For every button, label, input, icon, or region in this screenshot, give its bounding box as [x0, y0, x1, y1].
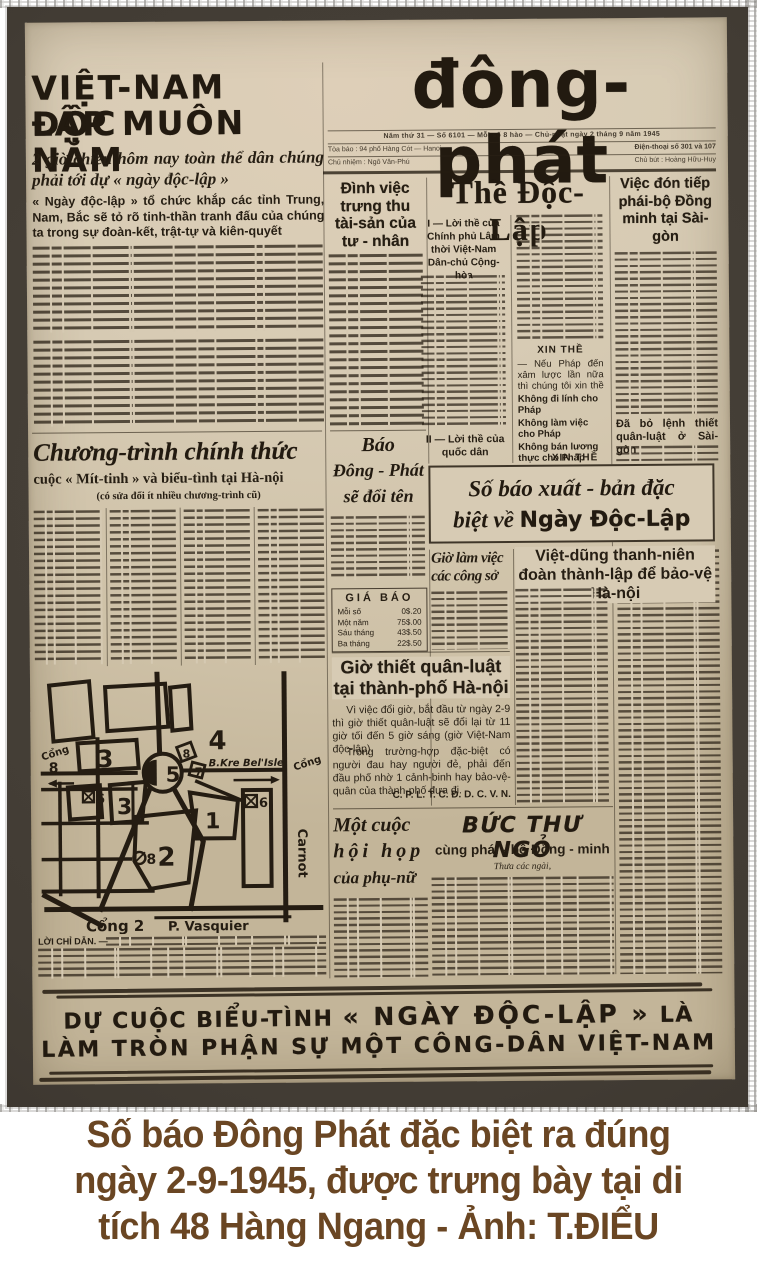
open-letter-salutation: Thưa các ngài, [431, 861, 613, 872]
photo-caption: Số báo Đông Phát đặc biệt ra đúng ngày 2… [19, 1112, 738, 1250]
text-block [258, 508, 325, 663]
price-label: Sáu tháng [338, 628, 375, 639]
text-block [432, 876, 615, 975]
map-number: 3 [117, 795, 133, 820]
map-street-carnot: Carnot [294, 829, 309, 878]
text-block [33, 244, 324, 332]
text-block [331, 516, 425, 581]
rename-line1: Báo [330, 434, 426, 458]
price-label: Ba tháng [338, 639, 370, 650]
program-headline: Chương-trình chính thức [33, 436, 323, 468]
map-number: 8 [183, 747, 191, 760]
map-number: 4 [208, 726, 226, 756]
section-rule [332, 651, 510, 653]
map-number: 8 [146, 852, 156, 868]
map-number: 5 [166, 763, 181, 787]
special-issue-line2-bold: Ngày Độc-Lập [520, 507, 691, 533]
text-block [38, 946, 326, 978]
masthead-address: Tòa báo : 94 phố Hàng Cót — Hanoi [328, 146, 442, 154]
screenshot-stage: VIỆT-NAM ĐỘC LẬP MUÔN NĂM 2 giờ chiều hô… [0, 0, 757, 1270]
column-rule [254, 507, 256, 665]
reception-headline: Việc đón tiếp phái-bộ Đồng minh tại Sài-… [614, 175, 717, 246]
price-label: Mỗi số [337, 607, 361, 618]
women-headline-line2: hội họp [333, 840, 429, 864]
section-rule [32, 430, 322, 433]
meeting-map: 3 3 4 5 1 2 6 6 7 8 8 Cổng 8 Cổng 2 Cổng… [38, 670, 324, 934]
map-number: 7 [195, 765, 203, 778]
price-label: Một năm [338, 618, 369, 629]
bottom-banner: DỰ CUỘC BIỂU-TÌNH « NGÀY ĐỘC-LẬP » LÀ LÀ… [38, 982, 719, 1084]
oath-pledge-item: Không đi lính cho Pháp [518, 393, 604, 416]
column-rule [106, 508, 108, 666]
price-row: Mỗi số0$.20 [337, 607, 421, 618]
program-note: (có sửa đổi ít nhiều chương-trình cũ) [34, 489, 324, 502]
text-block [184, 509, 251, 664]
oath-xin-the-1: XIN THỀ [517, 344, 603, 356]
column-rule [510, 215, 513, 463]
rename-line3: sẽ đổi tên [330, 486, 426, 508]
women-headline-line1: Một cuộc [333, 814, 429, 838]
special-issue-box: Số báo xuất - bản đặc biệt về Ngày Độc-L… [428, 463, 715, 543]
text-block [421, 275, 506, 428]
work-hours-headline: Giờ làm việc các công sở [431, 549, 509, 586]
price-row: Sáu tháng43$.50 [338, 628, 422, 639]
special-issue-line1: Số báo xuất - bản đặc [430, 472, 712, 504]
map-street-belisle: B.Kre Bel'Isle [209, 758, 284, 770]
map-legend-lead: LỜI CHỈ DẪN. — [38, 936, 108, 947]
map-gate8-number: 8 [49, 761, 59, 777]
section-rule [330, 430, 426, 432]
special-issue-line2-serif: biệt về [453, 507, 520, 533]
price-value: 22$.50 [397, 638, 422, 649]
masthead-director: Chủ nhiệm : Ngô Văn-Phú [328, 159, 410, 167]
text-block [617, 549, 722, 974]
lead-subhead: 2 giờ chiều hôm nay toàn thể dân chúng p… [32, 146, 324, 190]
map-gate2-label: Cổng 2 [86, 916, 145, 935]
women-headline-line3: của phụ-nữ [333, 868, 429, 889]
caption-line1: Số báo Đông Phát đặc biệt ra đúng [19, 1112, 738, 1158]
text-block [106, 935, 326, 946]
oath-part2-heading: II — Lời thề của quốc dân [422, 433, 508, 460]
lead-deck: « Ngày độc-lập » tổ chức khắp các tỉnh T… [32, 192, 324, 241]
masthead-phone: Điện-thoại số 301 và 107 [634, 143, 715, 151]
map-number: 6 [96, 792, 105, 807]
oath-part1-heading: I — Lời thề của Chính phủ Lâm thời Việt-… [420, 217, 507, 283]
price-value: 75$.00 [397, 617, 422, 628]
text-block [431, 591, 509, 650]
curfew-headline-line2: tại thành-phố Hà-nội [332, 677, 510, 699]
text-block [33, 338, 324, 426]
suspend-headline: Đình việc trưng thu tài-sản của tư - nhâ… [328, 180, 423, 251]
banner-line1c: LÀ [650, 1002, 693, 1027]
section-rule [333, 806, 613, 809]
oath-xin-the-2: XIN THỀ [518, 452, 598, 464]
program-subhead: cuộc « Mít-tinh » và biểu-tình tại Hà-nộ… [33, 469, 323, 488]
curfew-signature: C. P. L. T. C. Đ. D. C. V. N. [333, 789, 511, 801]
newspaper-photo: VIỆT-NAM ĐỘC LẬP MUÔN NĂM 2 giờ chiều hô… [7, 7, 748, 1107]
map-gate-right-label: Cổng [292, 752, 323, 773]
text-block [334, 898, 429, 979]
masthead-editor: Chủ bút : Hoàng Hữu-Huy [635, 156, 716, 164]
map-number: 2 [157, 843, 175, 873]
caption-line3: tích 48 Hàng Ngang - Ảnh: T.ĐIỂU [19, 1204, 738, 1250]
banner-line2: LÀM TRÒN PHẬN SỰ MỘT CÔNG-DÂN VIỆT-NAM [39, 1030, 719, 1063]
text-block [515, 588, 609, 803]
column-rule [180, 508, 182, 666]
price-value: 43$.50 [397, 628, 422, 639]
text-block [329, 254, 424, 427]
text-block [110, 510, 177, 665]
curfew-headline-line1: Giờ thiết quân-luật [332, 656, 510, 678]
newspaper-page: VIỆT-NAM ĐỘC LẬP MUÔN NĂM 2 giờ chiều hô… [25, 17, 735, 1084]
map-number: 6 [259, 796, 268, 811]
price-row: Một năm75$.00 [338, 617, 422, 628]
map-number: 3 [97, 745, 114, 773]
oath-pledge-item: Không làm việc cho Pháp [518, 417, 604, 440]
price-row: Ba tháng22$.50 [338, 638, 422, 649]
map-number: 1 [205, 809, 221, 834]
text-block [615, 251, 718, 414]
price-box: GIÁ BÁO Mỗi số0$.20 Một năm75$.00 Sáu th… [331, 588, 427, 653]
caption-line2: ngày 2-9-1945, được trưng bày tại di [19, 1158, 738, 1204]
open-letter-subhead: cùng phái - bộ Đồng - minh [431, 841, 613, 857]
price-value: 0$.20 [401, 607, 421, 618]
text-block [616, 445, 718, 462]
map-street-vasquier: P. Vasquier [168, 919, 249, 935]
special-issue-line2: biệt về Ngày Độc-Lập [431, 502, 713, 539]
text-block [34, 510, 103, 665]
banner-line1a: DỰ CUỘC BIỂU-TÌNH [63, 1006, 343, 1034]
price-box-title: GIÁ BÁO [337, 592, 421, 605]
banner-line1: DỰ CUỘC BIỂU-TÌNH « NGÀY ĐỘC-LẬP » LÀ [38, 998, 718, 1035]
curfew-headline: Giờ thiết quân-luật tại thành-phố Hà-nội [332, 656, 510, 699]
text-block [516, 214, 603, 341]
rename-line2: Đông - Phát [330, 460, 426, 482]
banner-line1b: « NGÀY ĐỘC-LẬP » [342, 999, 650, 1031]
